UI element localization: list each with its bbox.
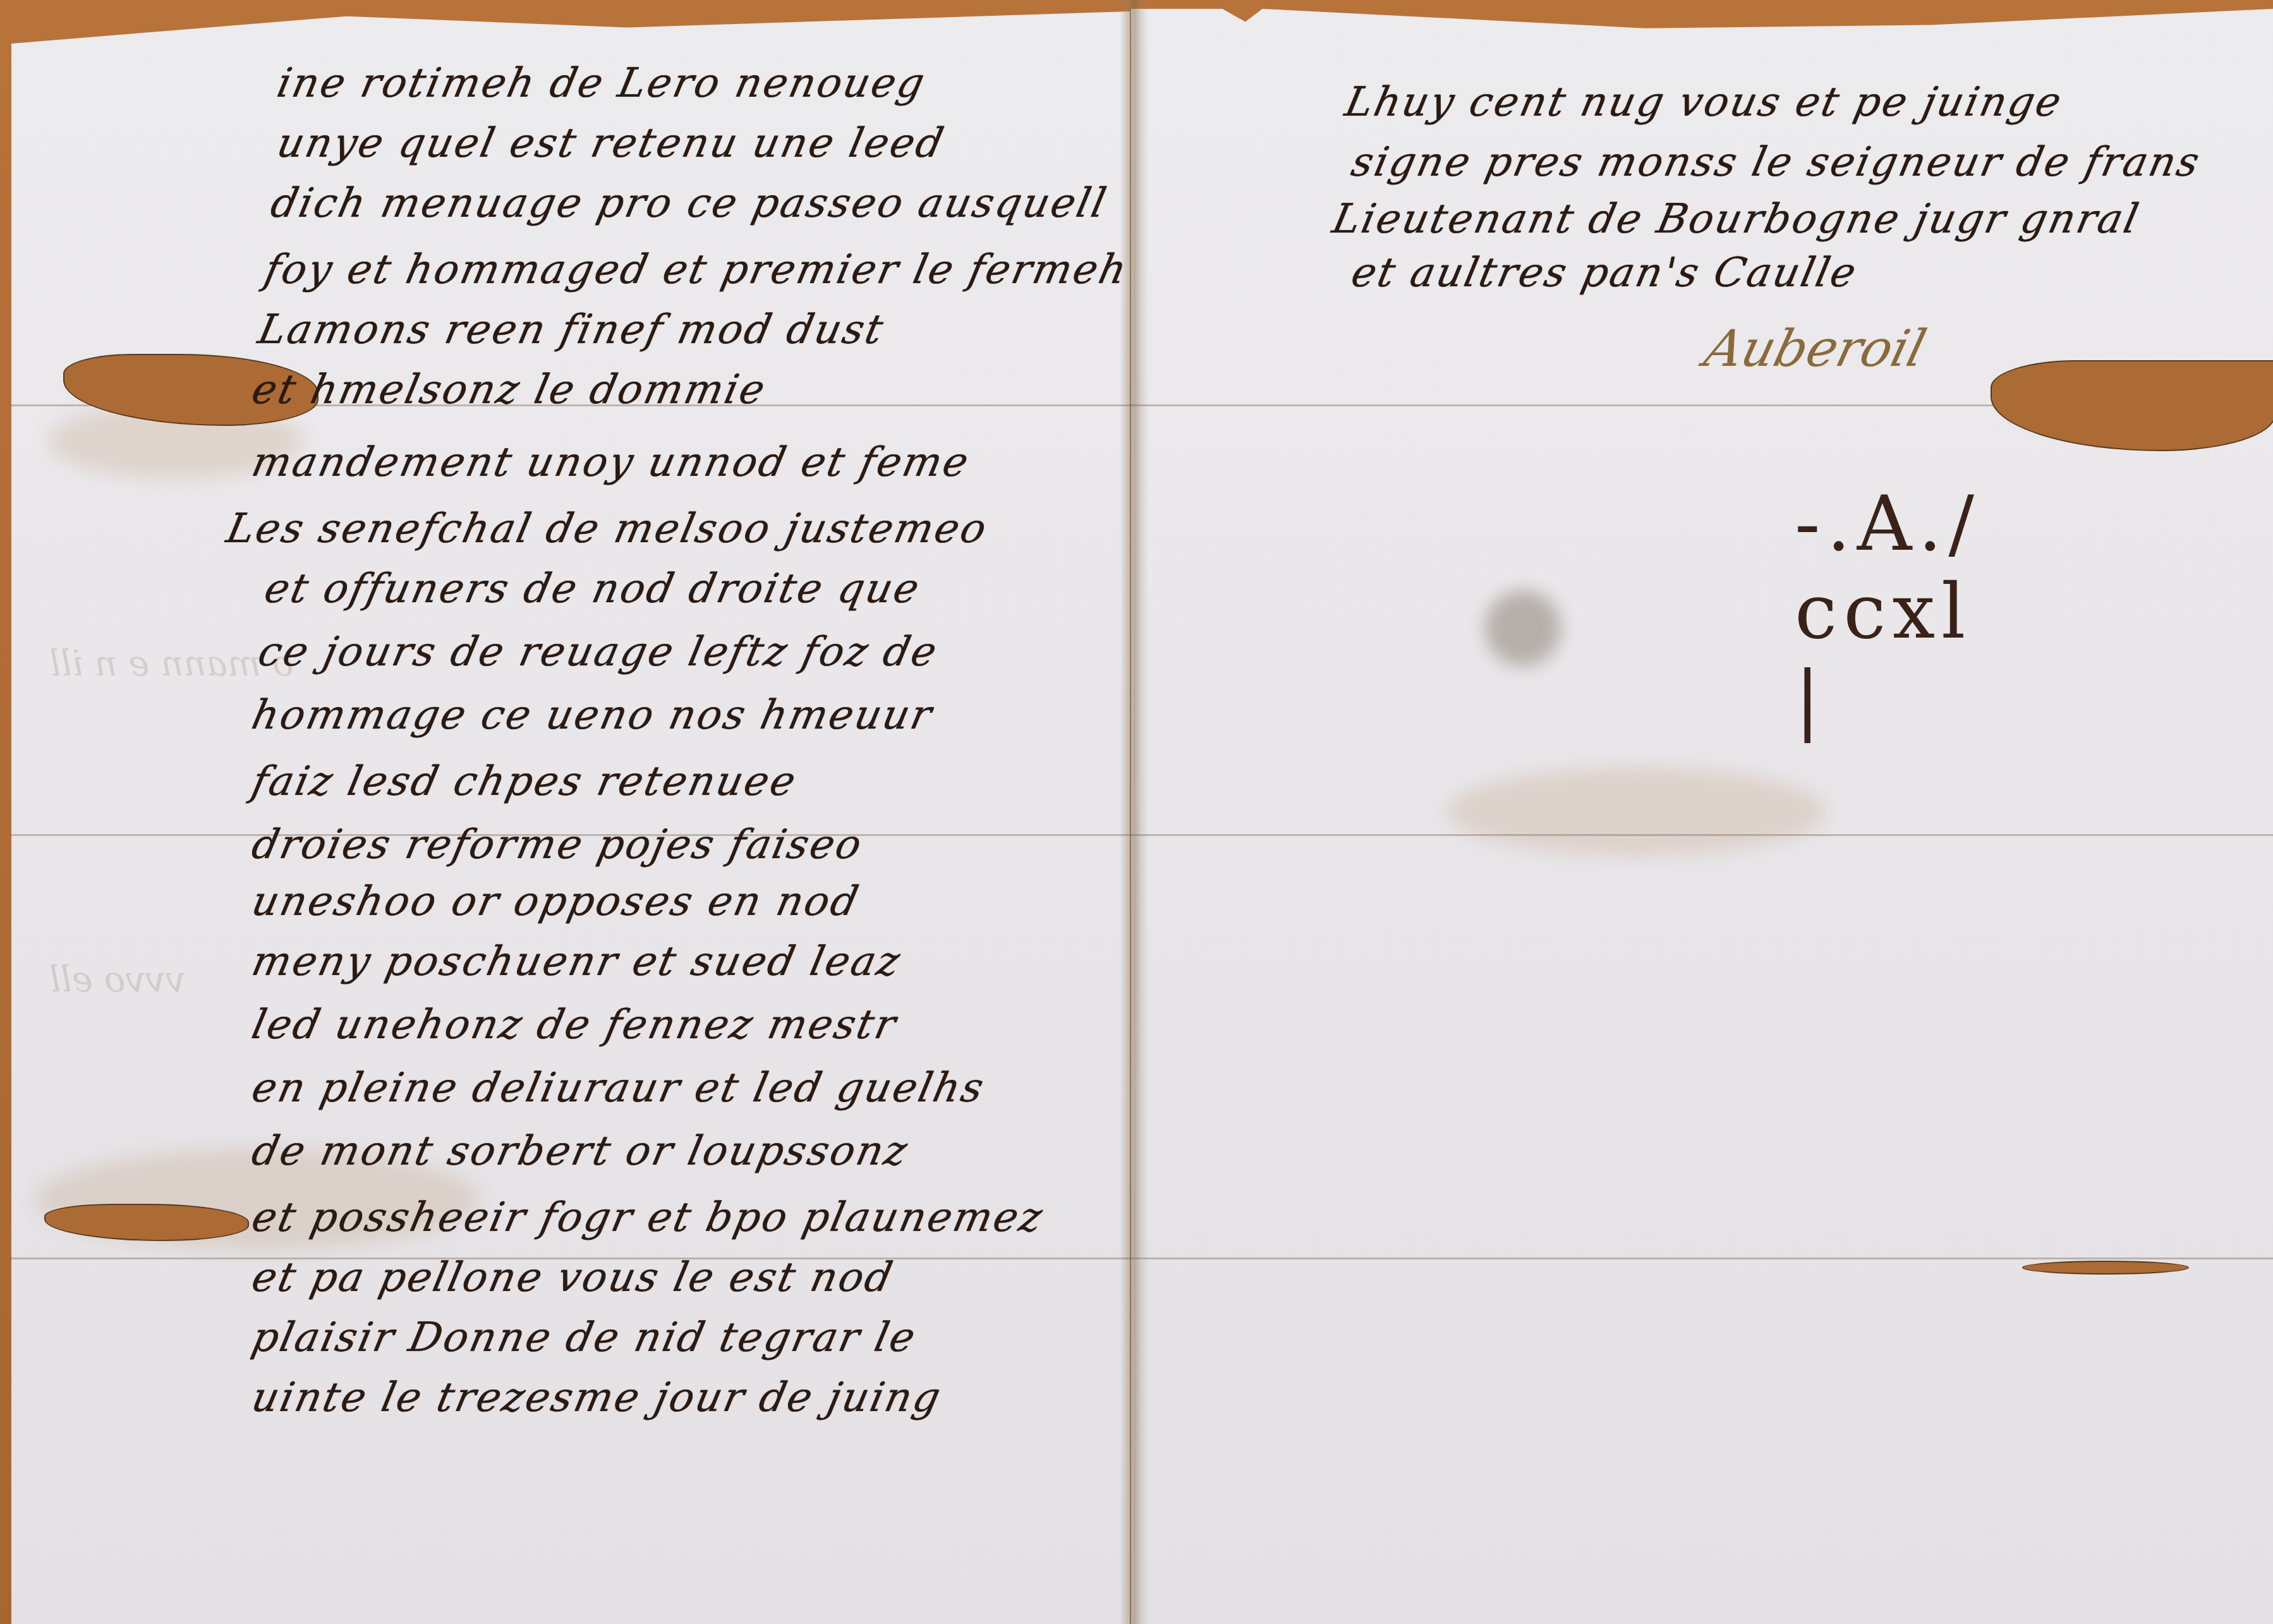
water-stain bbox=[1447, 767, 1826, 856]
manuscript-line: led unehonz de fennez mestr bbox=[248, 1005, 900, 1045]
manuscript-line: meny poschuenr et sued leaz bbox=[248, 942, 905, 982]
manuscript-line: en pleine deliuraur et led guelhs bbox=[248, 1068, 988, 1108]
paper-tear bbox=[2022, 1261, 2189, 1275]
manuscript-line: de mont sorbert or loupssonz bbox=[248, 1131, 912, 1172]
manuscript-line: ine rotimeh de Lero nenoueg bbox=[274, 63, 930, 104]
bleed-through-text: vvvo ell bbox=[49, 959, 185, 1000]
signature: Auberoil bbox=[1699, 319, 1932, 378]
manuscript-line: Les senefchal de melsoo justemeo bbox=[223, 509, 991, 549]
manuscript-line: foy et hommaged et premier le fermeh bbox=[261, 250, 1132, 290]
manuscript-line: faiz lesd chpes retenuee bbox=[248, 761, 801, 802]
manuscript-line: ce jours de reuage leftz foz de bbox=[255, 632, 942, 672]
folio-number-mark: -.A./ ccxl | bbox=[1795, 480, 1980, 744]
manuscript-line: Lieutenant de Bourbogne jugr gnral bbox=[1329, 199, 2143, 239]
manuscript-line: uneshoo or opposes en nod bbox=[248, 882, 863, 922]
manuscript-line: dich menuage pro ce passeo ausquell bbox=[267, 183, 1111, 224]
manuscript-line: Lamons reen finef mod dust bbox=[255, 310, 888, 350]
manuscript-line: unye quel est retenu une leed bbox=[274, 123, 949, 164]
manuscript-line: hommage ce ueno nos hmeuur bbox=[248, 695, 936, 736]
manuscript-line: et possheeir fogr et bpo plaunemez bbox=[248, 1197, 1047, 1238]
center-fold-spine bbox=[1120, 0, 1149, 1624]
manuscript-line: Lhuy cent nug vous et pe juinge bbox=[1342, 82, 2066, 123]
manuscript-line: et pa pellone vous le est nod bbox=[248, 1257, 897, 1298]
manuscript-line: et hmelsonz le dommie bbox=[248, 370, 770, 410]
manuscript-line: et aultres pan's Caulle bbox=[1348, 253, 1861, 293]
ink-blot bbox=[1485, 590, 1561, 666]
manuscript-line: signe pres monss le seigneur de frans bbox=[1348, 142, 2204, 183]
manuscript-line: droies reforme pojes faiseo bbox=[248, 825, 866, 865]
manuscript-line: plaisir Donne de nid tegrar le bbox=[248, 1318, 920, 1358]
manuscript-line: mandement unoy unnod et feme bbox=[248, 442, 973, 483]
manuscript-line: et offuners de nod droite que bbox=[261, 569, 924, 609]
manuscript-line: uinte le trezesme jour de juing bbox=[248, 1378, 945, 1418]
